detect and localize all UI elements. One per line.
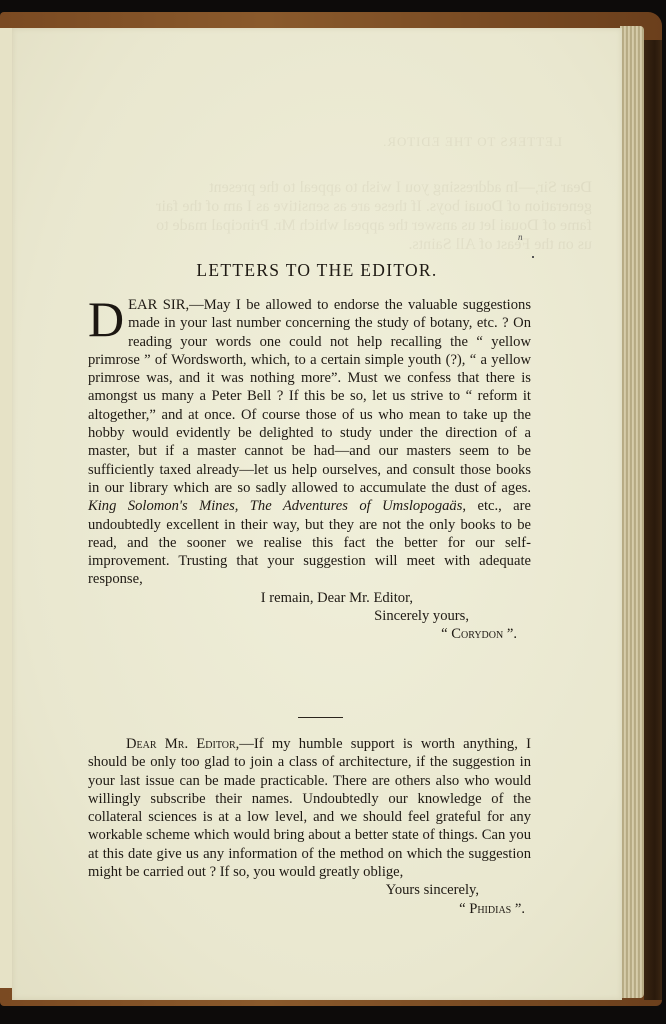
drop-cap: D: [88, 299, 124, 337]
page-title: LETTERS TO THE EDITOR.: [12, 260, 622, 281]
closing-line: I remain, Dear Mr. Editor,: [88, 589, 531, 607]
closing-line: Yours sincerely,: [88, 881, 531, 899]
salutation: Dear Mr. Editor,: [126, 736, 239, 752]
page-stack-edge: [620, 26, 644, 998]
book-titles: King Solomon's Mines, The Adventures of …: [88, 498, 462, 514]
book-page: LETTERS TO THE EDITOR. Dear Sir,—In addr…: [12, 28, 622, 1000]
salutation: EAR SIR,: [128, 297, 189, 313]
section-divider: [298, 717, 343, 718]
margin-dot: [532, 256, 534, 258]
book-spine-edge: [644, 40, 662, 1000]
signature: “ Corydon ”.: [88, 625, 531, 643]
letter-phidias: Dear Mr. Editor,—If my humble support is…: [88, 735, 531, 918]
margin-mark: n: [518, 232, 523, 242]
closing-line: Sincerely yours,: [88, 607, 531, 625]
letter-body: Dear Mr. Editor,—If my humble support is…: [88, 735, 531, 881]
signature: “ Phidias ”.: [88, 900, 531, 918]
letter-corydon: DEAR SIR,—May I be allowed to endorse th…: [88, 296, 531, 644]
letter-body: DEAR SIR,—May I be allowed to endorse th…: [88, 296, 531, 589]
